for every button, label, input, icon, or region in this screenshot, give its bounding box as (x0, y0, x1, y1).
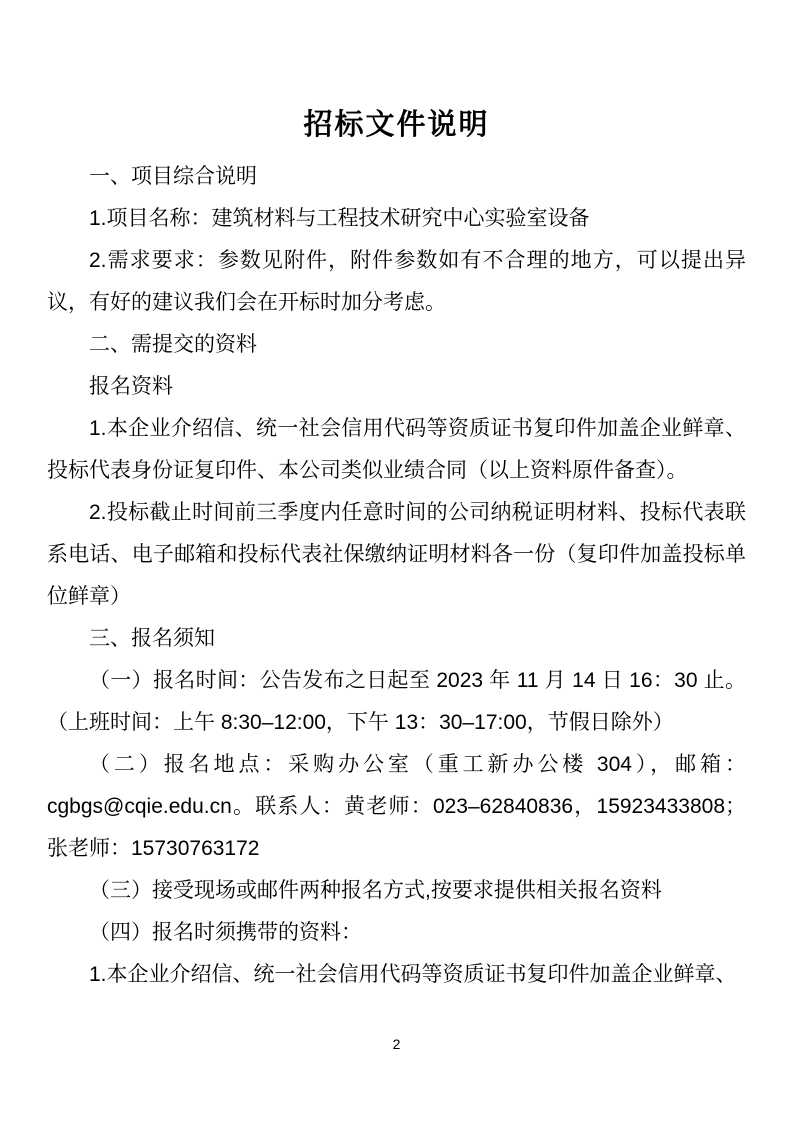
document-content: 招标文件说明 一、项目综合说明 1.项目名称：建筑材料与工程技术研究中心实验室设… (47, 0, 746, 996)
paragraph-materials-item-1: 1.本企业介绍信、统一社会信用代码等资质证书复印件加盖企业鲜章、投标代表身份证复… (47, 408, 746, 492)
paragraph-section-2-heading: 二、需提交的资料 (47, 324, 746, 366)
paragraph-signup-bring-label: （四）报名时须携带的资料： (47, 912, 746, 954)
paragraph-materials-item-2: 2.投标截止时间前三季度内任意时间的公司纳税证明材料、投标代表联系电话、电子邮箱… (47, 492, 746, 618)
document-page: 招标文件说明 一、项目综合说明 1.项目名称：建筑材料与工程技术研究中心实验室设… (0, 0, 793, 1122)
paragraph-section-1-heading: 一、项目综合说明 (47, 156, 746, 198)
page-number: 2 (0, 1036, 793, 1052)
paragraph-signup-time: （一）报名时间：公告发布之日起至 2023 年 11 月 14 日 16：30 … (47, 660, 746, 744)
document-body: 一、项目综合说明 1.项目名称：建筑材料与工程技术研究中心实验室设备 2.需求要… (47, 156, 746, 996)
paragraph-section-3-heading: 三、报名须知 (47, 618, 746, 660)
document-title: 招标文件说明 (47, 110, 746, 140)
paragraph-project-name: 1.项目名称：建筑材料与工程技术研究中心实验室设备 (47, 198, 746, 240)
paragraph-requirements: 2.需求要求：参数见附件，附件参数如有不合理的地方，可以提出异议，有好的建议我们… (47, 240, 746, 324)
paragraph-signup-materials-label: 报名资料 (47, 366, 746, 408)
paragraph-signup-methods: （三）接受现场或邮件两种报名方式,按要求提供相关报名资料 (47, 870, 746, 912)
paragraph-signup-location: （二）报名地点：采购办公室（重工新办公楼 304），邮箱：cgbgs@cqie.… (47, 744, 746, 870)
paragraph-bring-item-1: 1.本企业介绍信、统一社会信用代码等资质证书复印件加盖企业鲜章、 (47, 954, 746, 996)
